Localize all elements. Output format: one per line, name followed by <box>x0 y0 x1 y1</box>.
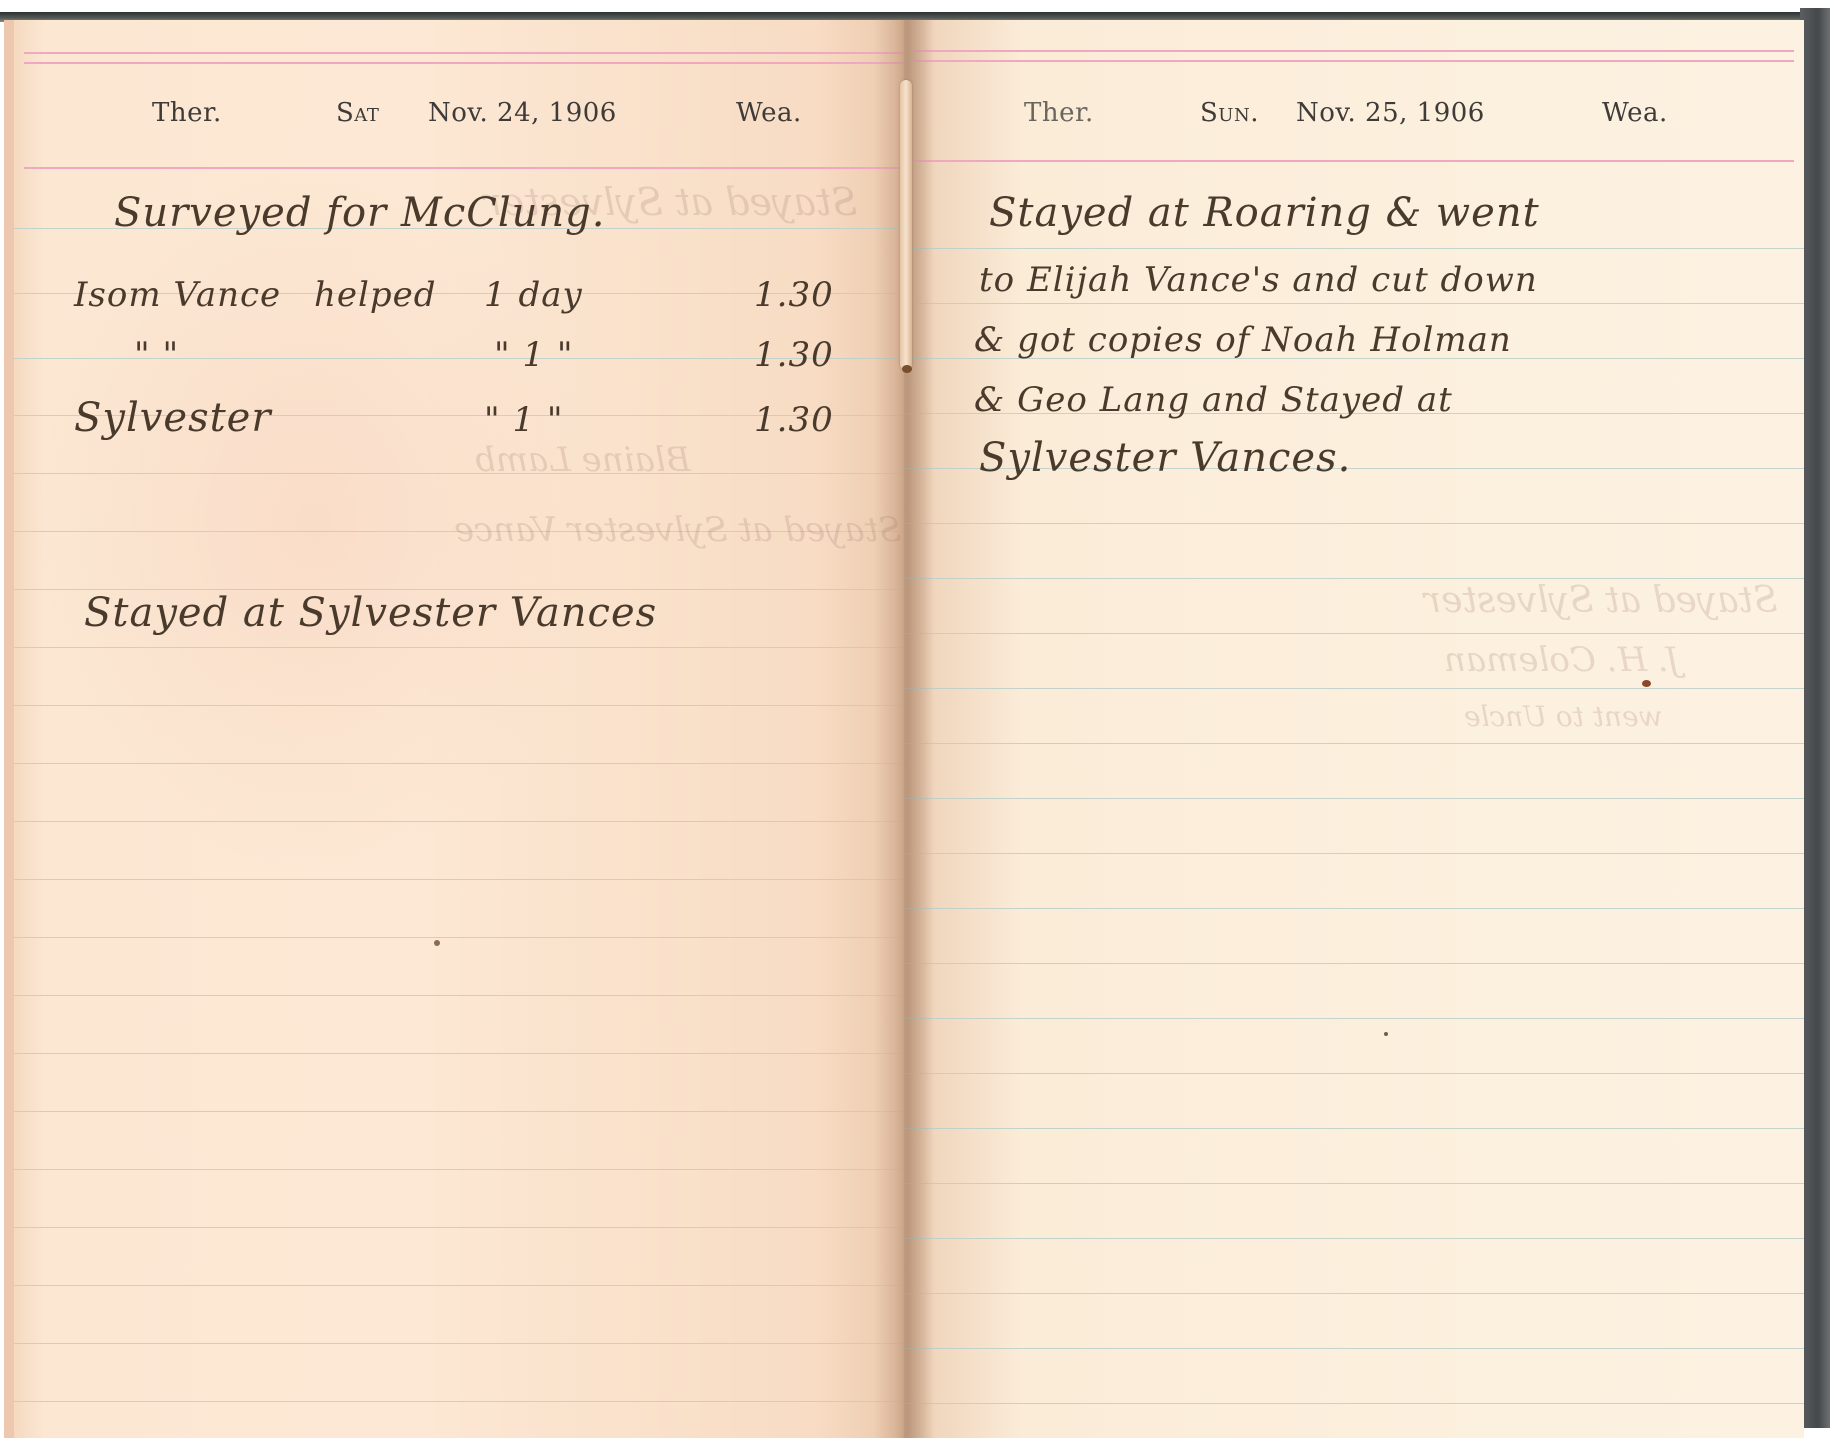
bleed-through-text: Blaine Lamb <box>474 440 691 480</box>
wea-label: Wea. <box>736 98 802 128</box>
pink-rule-header-bottom <box>24 167 904 169</box>
ruled-line <box>14 1169 904 1170</box>
ruled-line <box>14 705 904 706</box>
pink-rule-header-bottom <box>914 160 1794 162</box>
ruled-line <box>904 633 1804 634</box>
ruled-line <box>14 937 904 938</box>
bleed-through-text: Stayed at Sylvester <box>1424 580 1778 621</box>
ruled-line <box>14 1227 904 1228</box>
pink-rule-top-1 <box>24 52 904 54</box>
ruled-line <box>904 1348 1804 1349</box>
ink-speck <box>1642 680 1651 687</box>
ruled-line <box>904 1293 1804 1294</box>
ruled-line <box>904 798 1804 799</box>
entry-line: Stayed at Sylvester Vances <box>84 590 657 636</box>
ink-speck <box>434 940 440 946</box>
ruled-line <box>14 1343 904 1344</box>
ruled-line <box>904 248 1804 249</box>
ruled-line <box>904 578 1804 579</box>
ruled-line <box>904 1183 1804 1184</box>
ledger-days: 1 day <box>484 275 583 315</box>
entry-line: Stayed at Roaring & went <box>989 190 1540 236</box>
ruled-line <box>904 1073 1804 1074</box>
ruled-line <box>904 523 1804 524</box>
right-page: Stayed at Sylvester J. H. Coleman went t… <box>904 20 1804 1438</box>
pink-rule-top-1 <box>914 50 1794 52</box>
entry-line: & Geo Lang and Stayed at <box>974 380 1453 420</box>
ruled-line <box>14 1401 904 1402</box>
ink-speck <box>1384 1032 1388 1036</box>
ther-label: Ther. <box>1024 98 1094 128</box>
entry-line: Surveyed for McClung. <box>114 190 605 236</box>
bleed-through-text: went to Uncle <box>1464 700 1663 733</box>
ruled-line <box>14 995 904 996</box>
diary-spread: Stayed at Sylvester Blaine Lamb Stayed a… <box>4 20 1806 1440</box>
ledger-name: Isom Vance <box>74 275 281 315</box>
ruled-line <box>904 688 1804 689</box>
ledger-amount: 1.30 <box>754 335 834 375</box>
ruled-line <box>904 908 1804 909</box>
ruled-line <box>14 647 904 648</box>
wea-label: Wea. <box>1602 98 1668 128</box>
ruled-line <box>14 473 904 474</box>
bleed-through-text: J. H. Coleman <box>1444 640 1680 680</box>
ruled-line <box>14 1053 904 1054</box>
ledger-days: " 1 " <box>494 335 574 375</box>
scanned-diary: Stayed at Sylvester Blaine Lamb Stayed a… <box>0 0 1834 1443</box>
ledger-amount: 1.30 <box>754 400 834 440</box>
ruled-line <box>904 1238 1804 1239</box>
ledger-name: Sylvester <box>74 395 271 441</box>
ruled-line <box>14 763 904 764</box>
ruled-line <box>904 743 1804 744</box>
ribbon-mark <box>902 365 912 373</box>
ruled-line <box>14 1111 904 1112</box>
ledger-amount: 1.30 <box>754 275 834 315</box>
ruled-line <box>904 853 1804 854</box>
ther-label: Ther. <box>152 98 222 128</box>
pink-rule-top-2 <box>914 60 1794 62</box>
ruled-line <box>904 963 1804 964</box>
pink-rule-top-2 <box>24 62 904 64</box>
ruled-line <box>14 879 904 880</box>
ledger-note: helped <box>314 275 437 315</box>
ruled-line <box>904 1128 1804 1129</box>
day-label: Sun. <box>1200 98 1259 128</box>
bookmark-ribbon <box>900 80 912 370</box>
entry-line: to Elijah Vance's and cut down <box>979 260 1538 300</box>
ruled-line <box>904 1403 1804 1404</box>
ledger-days: " 1 " <box>484 400 564 440</box>
ledger-name: " " <box>134 335 179 375</box>
day-label: Sat <box>336 98 379 128</box>
date-label: Nov. 25, 1906 <box>1296 98 1485 128</box>
ruled-line <box>14 821 904 822</box>
ruled-line <box>904 1018 1804 1019</box>
left-page: Stayed at Sylvester Blaine Lamb Stayed a… <box>4 20 904 1438</box>
entry-line: Sylvester Vances. <box>979 435 1351 481</box>
ruled-line <box>904 303 1804 304</box>
date-label: Nov. 24, 1906 <box>428 98 617 128</box>
entry-line: & got copies of Noah Holman <box>974 320 1512 360</box>
bleed-through-text: Stayed at Sylvester Vance <box>454 510 902 550</box>
ruled-line <box>14 1285 904 1286</box>
